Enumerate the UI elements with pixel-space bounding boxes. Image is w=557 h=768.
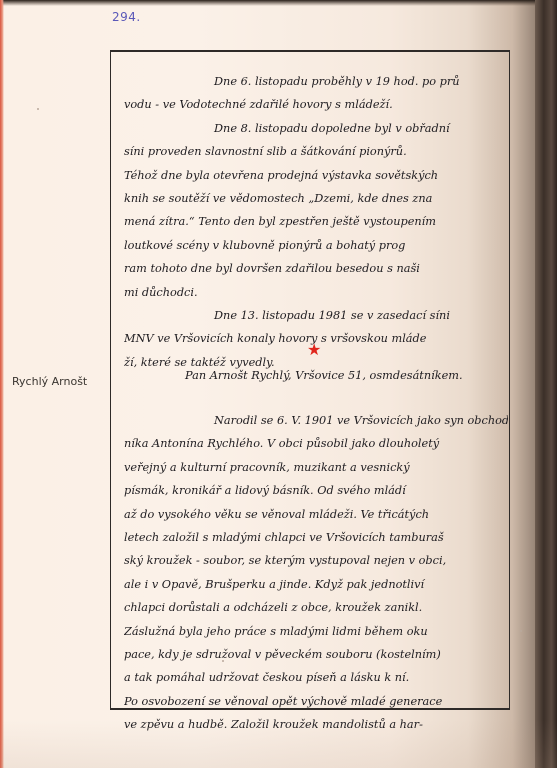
text-line: vodu - ve Vodotechné zdařilé hovory s ml…	[124, 93, 508, 116]
text-line: veřejný a kulturní pracovník, muzikant a…	[124, 456, 508, 479]
text-line: Téhož dne byla otevřena prodejná výstavk…	[124, 164, 508, 187]
section-heading: Pan Arnošt Rychlý, Vršovice 51, osmdesát…	[185, 369, 463, 382]
book-gutter	[535, 0, 557, 768]
paper-speck	[520, 630, 522, 632]
text-line: písmák, kronikář a lidový básník. Od své…	[124, 479, 508, 502]
text-line: síni proveden slavnostní slib a šátkován…	[124, 140, 508, 163]
text-line: Dne 8. listopadu dopoledne byl v obřadní	[124, 117, 508, 140]
text-line: mi důchodci.	[124, 281, 508, 304]
text-line: ve zpěvu a hudbě. Založil kroužek mandol…	[124, 713, 508, 736]
text-line: ský kroužek - soubor, se kterým vystupov…	[124, 549, 508, 572]
text-line: níka Antonína Rychlého. V obci působil j…	[124, 432, 508, 455]
text-line: Po osvobození se věnoval opět výchově ml…	[124, 690, 508, 713]
text-line: pace, kdy je sdružoval v pěveckém soubor…	[124, 643, 508, 666]
text-line: chlapci dorůstali a odcházeli z obce, kr…	[124, 596, 508, 619]
text-line: mená zítra.“ Tento den byl zpestřen ješt…	[124, 210, 508, 233]
text-line: knih se soutěží ve vědomostech „Dzemi, k…	[124, 187, 508, 210]
margin-note-name: Rychlý Arnošt	[12, 375, 87, 388]
chronicle-section-2: Narodil se 6. V. 1901 ve Vršovicích jako…	[124, 409, 508, 736]
top-binding-shadow	[0, 0, 557, 6]
text-line: Dne 13. listopadu 1981 se v zasedací sín…	[124, 304, 508, 327]
text-line: Dne 6. listopadu proběhly v 19 hod. po p…	[124, 70, 508, 93]
text-line: Záslužná byla jeho práce s mladými lidmi…	[124, 620, 508, 643]
page-number: 294.	[112, 10, 141, 24]
text-line: Narodil se 6. V. 1901 ve Vršovicích jako…	[124, 409, 508, 432]
scanned-chronicle-page: 294. Rychlý Arnošt Dne 6. listopadu prob…	[0, 0, 557, 768]
text-line: a tak pomáhal udržovat českou píseň a lá…	[124, 666, 508, 689]
text-line: loutkové scény v klubovně pionýrů a boha…	[124, 234, 508, 257]
text-line: až do vysokého věku se věnoval mládeži. …	[124, 503, 508, 526]
text-line: letech založil s mladými chlapci ve Vršo…	[124, 526, 508, 549]
paper-speck	[37, 108, 39, 110]
red-star-icon: ★	[307, 342, 321, 358]
text-line: ram tohoto dne byl dovršen zdařilou bese…	[124, 257, 508, 280]
page-left-edge	[0, 0, 4, 768]
text-line: ale i v Opavě, Brušperku a jinde. Když p…	[124, 573, 508, 596]
chronicle-section-1: Dne 6. listopadu proběhly v 19 hod. po p…	[124, 70, 508, 374]
